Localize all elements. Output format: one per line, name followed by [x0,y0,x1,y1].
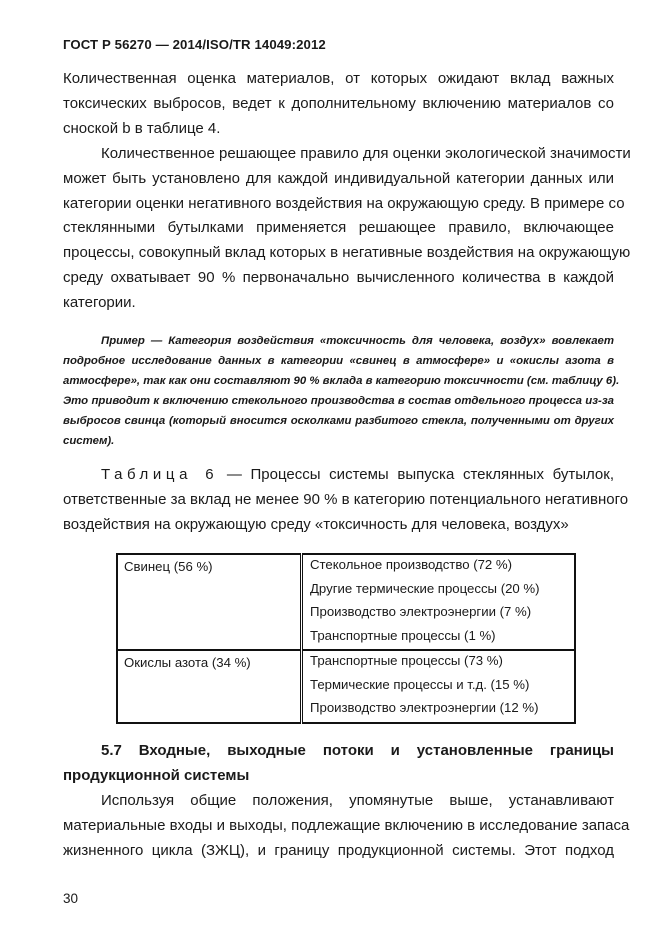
page-number: 30 [63,891,78,906]
text-line: категории. [63,291,614,316]
text-line: воздействия на окружающую среду «токсичн… [63,513,614,538]
text-line: Количественная оценка материалов, от кот… [63,67,614,92]
text-line: жизненного цикла (ЗЖЦ), и границу продук… [63,839,614,864]
text-line: среду охватывает 90 % первоначально вычи… [63,266,614,291]
text-line: атмосфере», так как они составляют 90 % … [63,371,614,391]
text-line: Пример — Категория воздействия «токсично… [63,331,614,351]
table-6: Свинец (56 %) Стекольное производство (7… [116,553,576,724]
document-page: ГОСТ Р 56270 — 2014/ISO/TR 14049:2012 Ко… [0,0,662,935]
paragraph-1: Количественная оценка материалов, от кот… [63,67,614,141]
text-line: Таблица 6 — Процессы системы выпуска сте… [63,463,614,488]
text-line: процессы, совокупный вклад которых в нег… [63,241,614,266]
table-label: Таблица 6 [101,466,218,483]
text-line: Количественное решающее правило для оцен… [63,142,614,167]
text-line: подробное исследование данных в категори… [63,351,614,371]
text-line: ответственные за вклад не менее 90 % в к… [63,488,614,513]
section-5-7-heading: 5.7 Входные, выходные потоки и установле… [63,739,614,789]
text-line: материальные входы и выходы, подлежащие … [63,814,614,839]
text-line: Это приводит к включению стекольного про… [63,391,614,411]
text-line: сноской b в таблице 4. [63,117,614,142]
text-line: выбросов свинца (который вносится осколк… [63,411,614,431]
text-line: токсических выбросов, ведет к дополнител… [63,92,614,117]
table-cell-processes: Стекольное производство (72 %) Другие те… [302,554,576,650]
heading-line: 5.7 Входные, выходные потоки и установле… [63,739,614,764]
paragraph-2: Количественное решающее правило для оцен… [63,142,614,316]
standard-header: ГОСТ Р 56270 — 2014/ISO/TR 14049:2012 [63,37,326,52]
text-line: стеклянными бутылками применяется решающ… [63,216,614,241]
text-line: систем). [63,431,614,451]
table-caption: Таблица 6 — Процессы системы выпуска сте… [63,463,614,537]
text-line: Используя общие положения, упомянутые вы… [63,789,614,814]
table-cell-category: Свинец (56 %) [117,554,302,650]
example-note: Пример — Категория воздействия «токсично… [63,331,614,452]
heading-line: продукционной системы [63,764,614,789]
text-line: может быть установлено для каждой индиви… [63,167,614,192]
table-row: Свинец (56 %) Стекольное производство (7… [117,554,575,650]
table-cell-processes: Транспортные процессы (73 %) Термические… [302,650,576,723]
section-5-7-body: Используя общие положения, упомянутые вы… [63,789,614,863]
text-line: категории оценки негативного воздействия… [63,192,614,217]
caption-text: — Процессы системы выпуска стеклянных бу… [227,466,614,483]
table-cell-category: Окислы азота (34 %) [117,650,302,723]
table-row: Окислы азота (34 %) Транспортные процесс… [117,650,575,723]
